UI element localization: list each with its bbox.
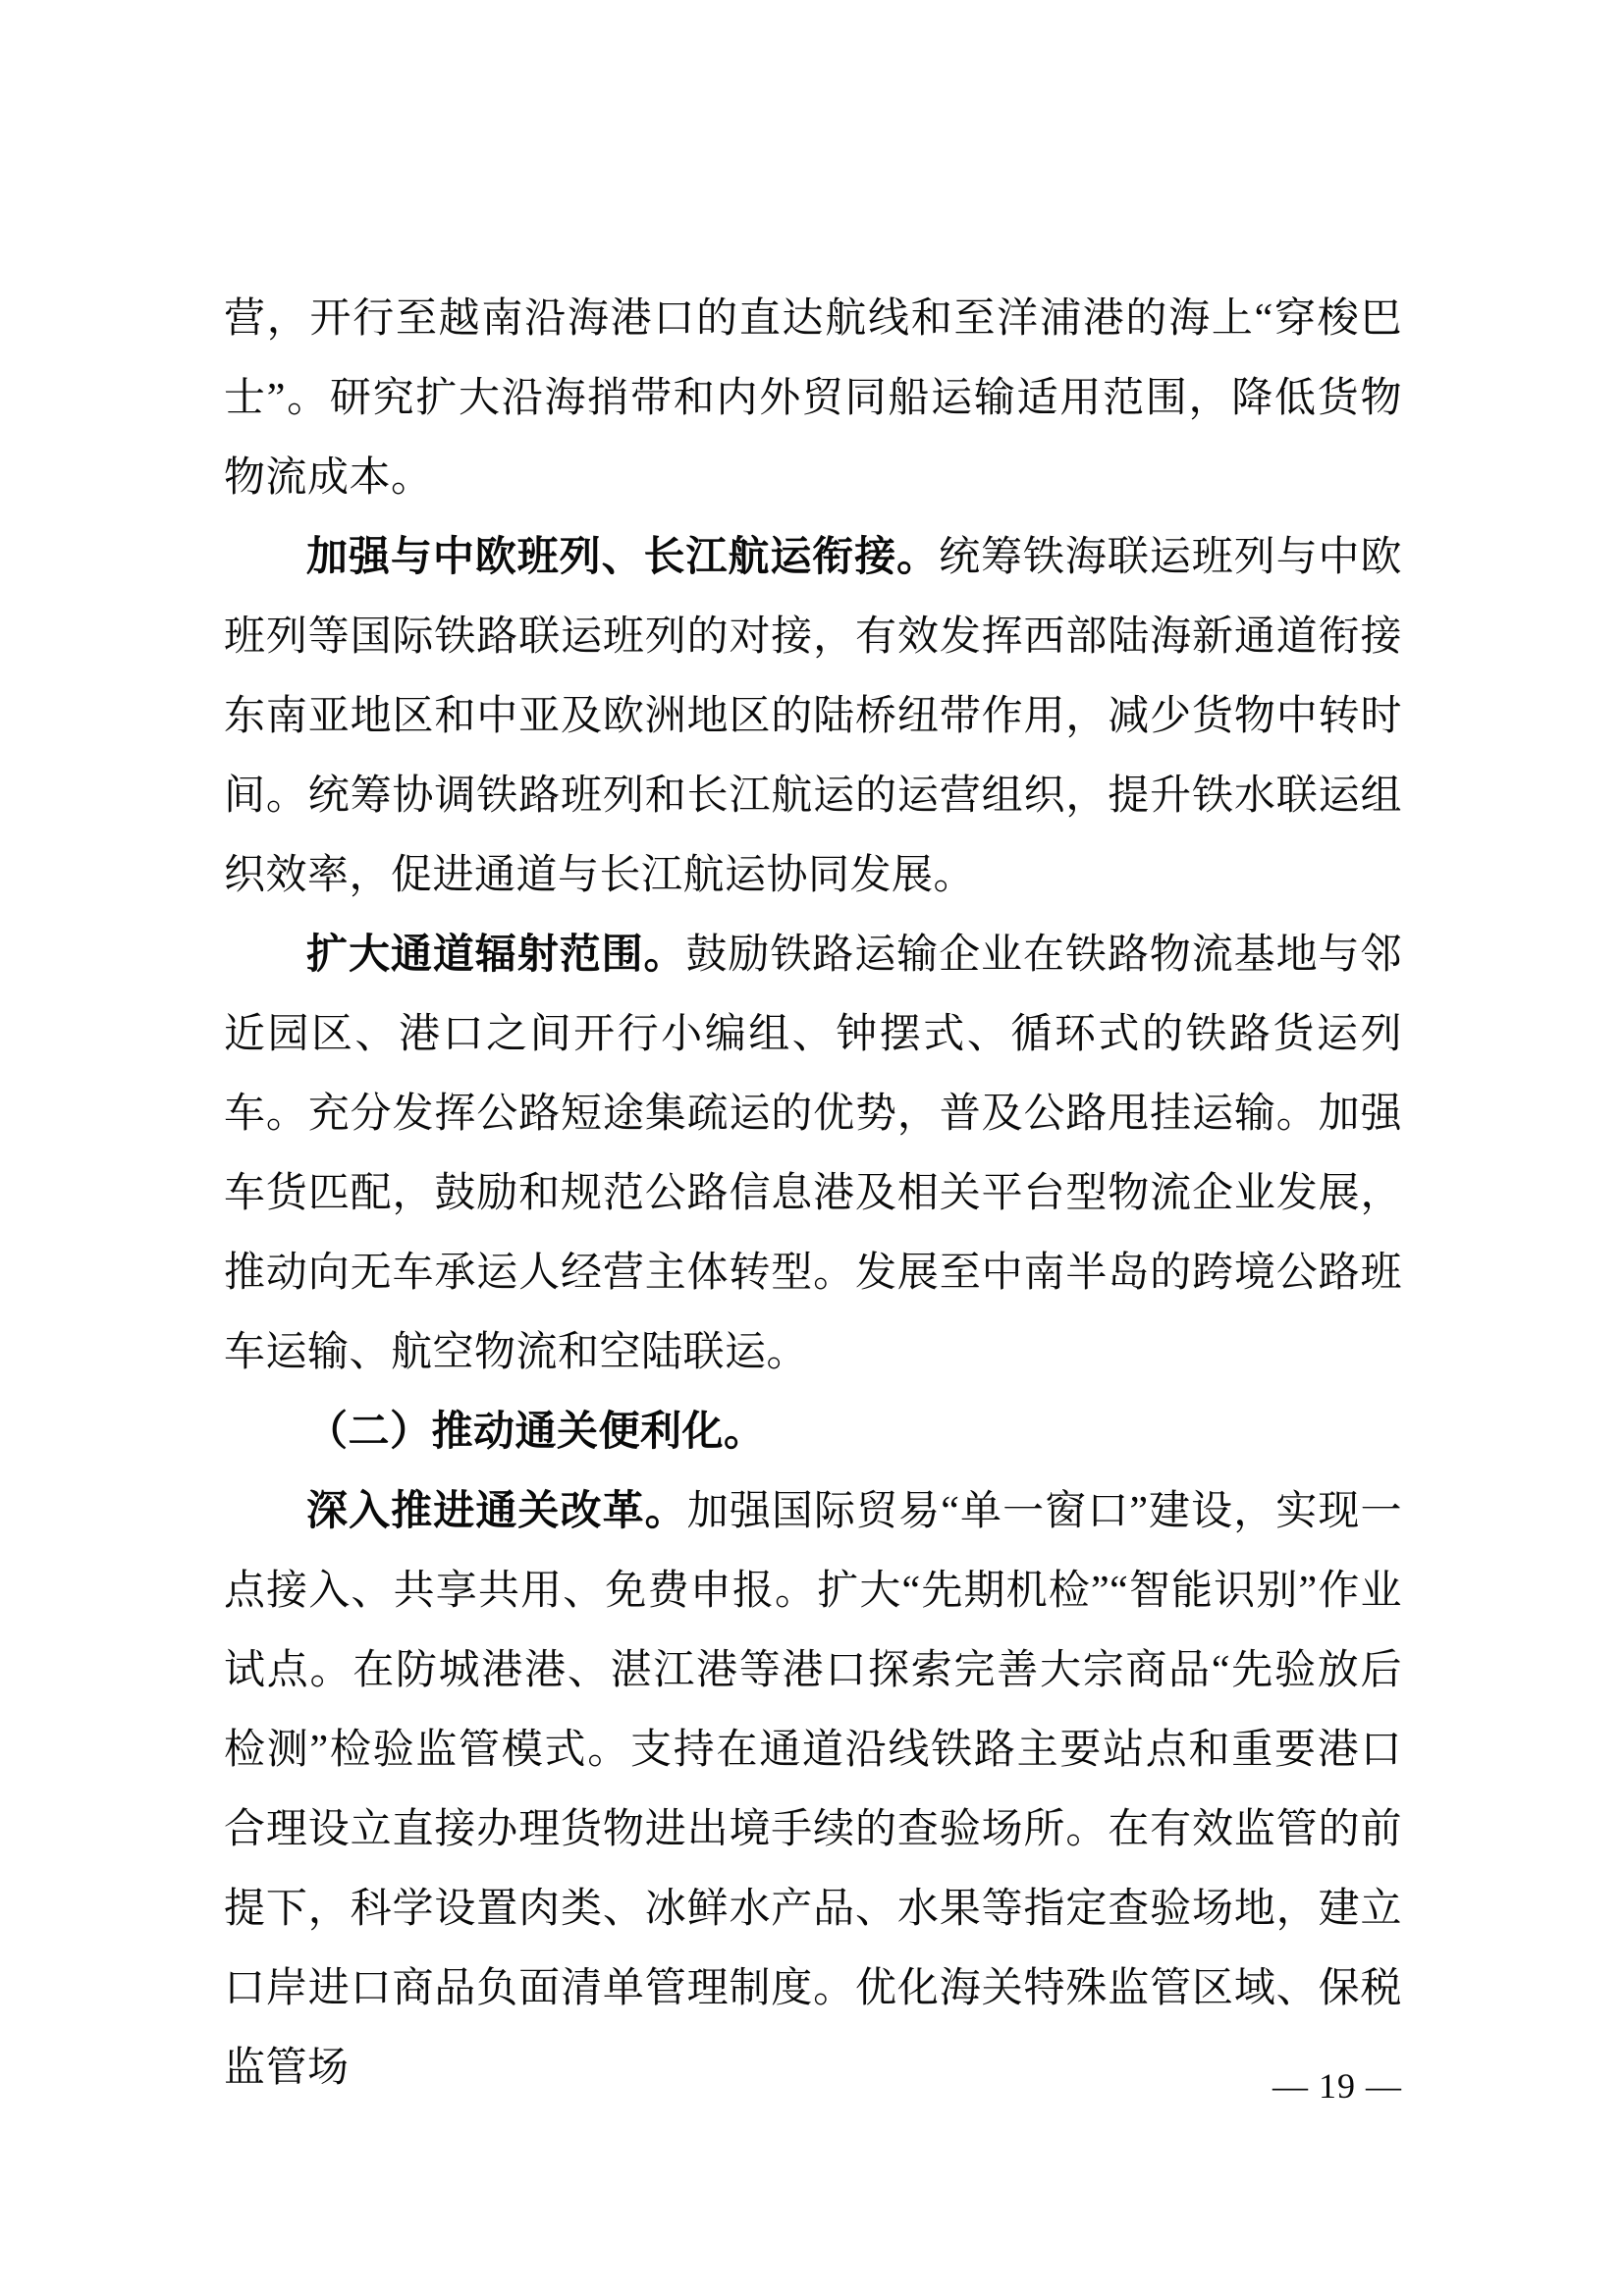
paragraph: 加强与中欧班列、长江航运衔接。统筹铁海联运班列与中欧班列等国际铁路联运班列的对接…	[224, 518, 1402, 916]
paragraph-lead-bold: 加强与中欧班列、长江航运衔接。	[306, 535, 939, 580]
paragraph-lead-bold: （二）推动通关便利化。	[306, 1410, 766, 1455]
paragraph-text: 鼓励铁路运输企业在铁路物流基地与邻近园区、港口之间开行小编组、钟摆式、循环式的铁…	[224, 933, 1402, 1375]
paragraph-text: 营，开行至越南沿海港口的直达航线和至洋浦港的海上“穿梭巴士”。研究扩大沿海捎带和…	[224, 296, 1402, 501]
paragraph: （二）推动通关便利化。	[224, 1393, 1402, 1472]
paragraph-lead-bold: 深入推进通关改革。	[306, 1489, 687, 1534]
paragraph: 营，开行至越南沿海港口的直达航线和至洋浦港的海上“穿梭巴士”。研究扩大沿海捎带和…	[224, 280, 1402, 518]
paragraph: 深入推进通关改革。加强国际贸易“单一窗口”建设，实现一点接入、共享共用、免费申报…	[224, 1472, 1402, 2109]
page-number: — 19 —	[1272, 2066, 1402, 2106]
paragraph: 扩大通道辐射范围。鼓励铁路运输企业在铁路物流基地与邻近园区、港口之间开行小编组、…	[224, 916, 1402, 1393]
document-page: 营，开行至越南沿海港口的直达航线和至洋浦港的海上“穿梭巴士”。研究扩大沿海捎带和…	[0, 0, 1624, 2296]
paragraph-text: 加强国际贸易“单一窗口”建设，实现一点接入、共享共用、免费申报。扩大“先期机检”…	[224, 1489, 1402, 2091]
document-body: 营，开行至越南沿海港口的直达航线和至洋浦港的海上“穿梭巴士”。研究扩大沿海捎带和…	[224, 280, 1402, 2109]
paragraph-lead-bold: 扩大通道辐射范围。	[306, 933, 685, 978]
paragraph-text: 统筹铁海联运班列与中欧班列等国际铁路联运班列的对接，有效发挥西部陆海新通道衔接东…	[224, 535, 1402, 898]
